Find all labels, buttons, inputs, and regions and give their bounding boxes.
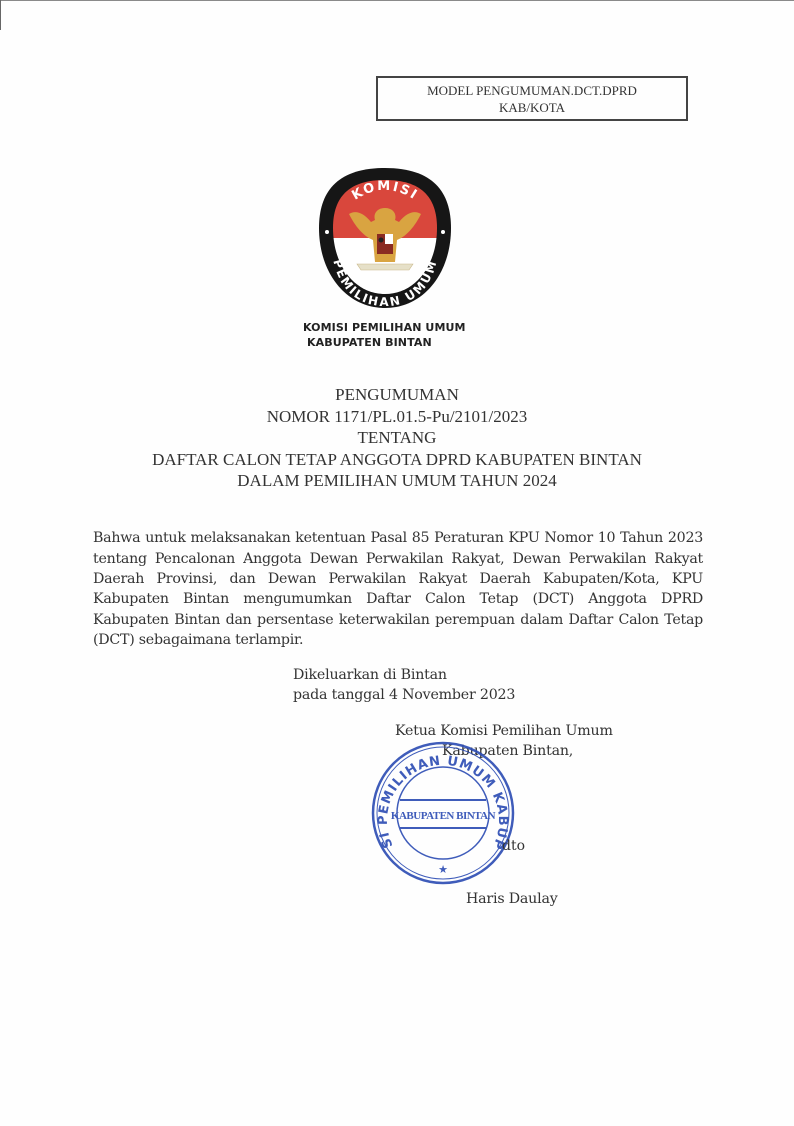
- kpu-logo-icon: KOMISI PEMILIHAN UMUM: [315, 166, 455, 310]
- form-model-label: MODEL PENGUMUMAN.DCT.DPRD KAB/KOTA: [376, 76, 688, 121]
- form-model-line2: KAB/KOTA: [378, 99, 686, 116]
- organization-line1: KOMISI PEMILIHAN UMUM: [303, 320, 503, 335]
- signature-mark: dto: [502, 838, 525, 854]
- svg-text:KOMISI PEMILIHAN UMUM KABUPATE: KOMISI PEMILIHAN UMUM KABUPATEN: [370, 740, 510, 851]
- official-stamp-icon: KOMISI PEMILIHAN UMUM KABUPATEN KABUPATE…: [370, 740, 516, 886]
- heading-subject-line1: DAFTAR CALON TETAP ANGGOTA DPRD KABUPATE…: [100, 449, 694, 471]
- svg-text:★: ★: [438, 863, 448, 876]
- signer-name: Haris Daulay: [466, 891, 558, 907]
- heading-title: PENGUMUMAN: [100, 384, 694, 406]
- heading-about: TENTANG: [100, 427, 694, 449]
- issuance-block: Dikeluarkan di Bintan pada tanggal 4 Nov…: [293, 665, 515, 705]
- heading-subject-line2: DALAM PEMILIHAN UMUM TAHUN 2024: [100, 470, 694, 492]
- organization-name: KOMISI PEMILIHAN UMUM KABUPATEN BINTAN: [303, 320, 503, 350]
- announcement-heading: PENGUMUMAN NOMOR 1171/PL.01.5-Pu/2101/20…: [100, 384, 694, 492]
- issuance-date: pada tanggal 4 November 2023: [293, 685, 515, 705]
- announcement-body: Bahwa untuk melaksanakan ketentuan Pasal…: [93, 528, 703, 650]
- heading-number: NOMOR 1171/PL.01.5-Pu/2101/2023: [100, 406, 694, 428]
- signer-position-line1: Ketua Komisi Pemilihan Umum: [395, 721, 645, 741]
- form-model-line1: MODEL PENGUMUMAN.DCT.DPRD: [378, 82, 686, 99]
- organization-line2: KABUPATEN BINTAN: [303, 335, 503, 350]
- page-top-edge: [0, 0, 794, 1]
- page-left-edge: [0, 0, 1, 30]
- issuance-place: Dikeluarkan di Bintan: [293, 665, 515, 685]
- svg-text:KABUPATEN BINTAN: KABUPATEN BINTAN: [391, 810, 496, 822]
